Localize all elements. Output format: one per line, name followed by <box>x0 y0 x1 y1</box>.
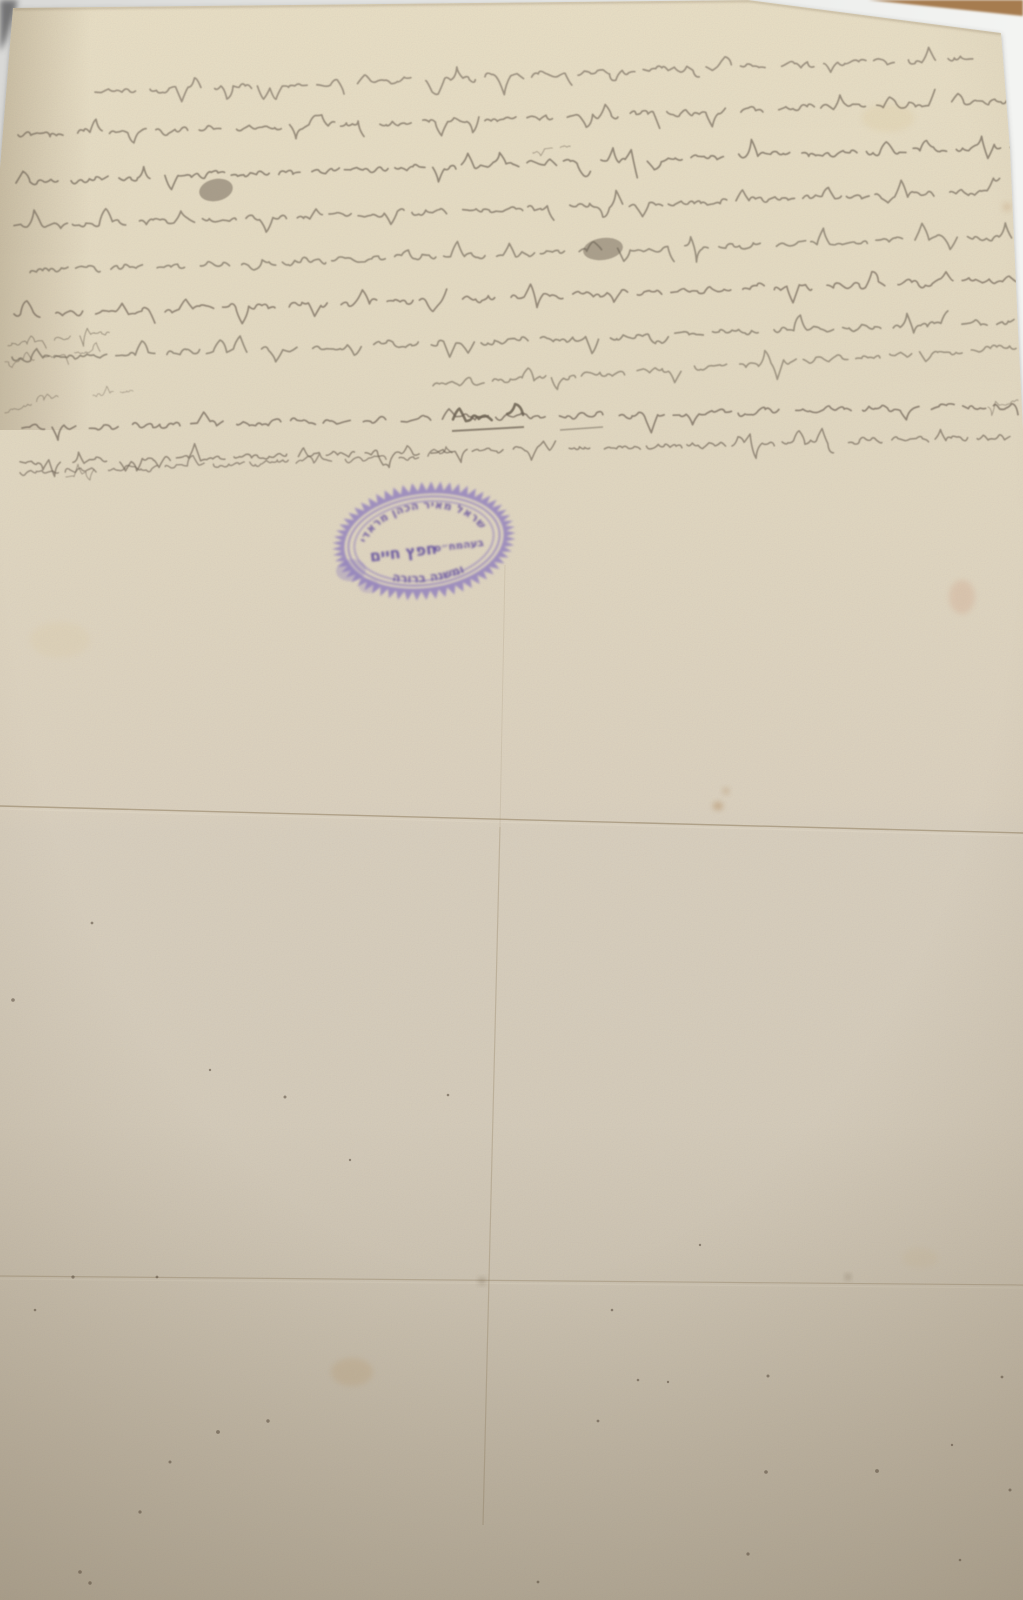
paper-bottom-shade <box>0 0 1023 1600</box>
photo-stage: ישראל מאיר הכהן מראדיןבעהמח״סחפץ חייםומש… <box>0 0 1023 1600</box>
paper-surface: ישראל מאיר הכהן מראדיןבעהמח״סחפץ חייםומש… <box>0 0 1023 1600</box>
photo-of-letter: ישראל מאיר הכהן מראדיןבעהמח״סחפץ חייםומש… <box>0 0 1023 1600</box>
